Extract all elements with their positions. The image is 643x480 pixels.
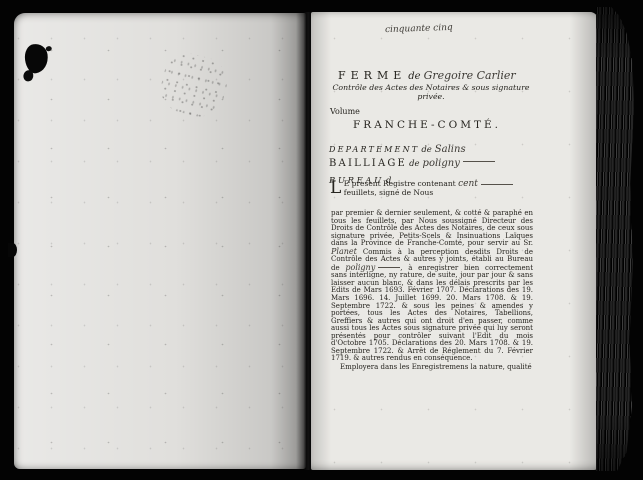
folio-count-handwritten: cent bbox=[458, 179, 478, 189]
paragraph-part3: , à enregistrer bien correctement sans i… bbox=[331, 264, 533, 363]
handwritten-flourish-rule bbox=[378, 267, 400, 268]
ink-blot bbox=[23, 43, 50, 75]
bailliage-de: de bbox=[409, 159, 419, 169]
register-intro-text-after: feuillets, signé de Nous bbox=[344, 188, 433, 197]
closing-line: Employera dans les Enregistremens la nat… bbox=[331, 364, 533, 372]
volume-label: Volume bbox=[330, 107, 360, 116]
left-page bbox=[14, 13, 306, 469]
handwritten-flourish-rule bbox=[481, 184, 513, 185]
province-title: FRANCHE-COMTÉ. bbox=[353, 119, 501, 131]
ferme-label: FERME bbox=[338, 69, 406, 82]
book-fore-edge bbox=[596, 7, 634, 471]
body-text-block: par premier & dernier seulement, & cotté… bbox=[331, 210, 533, 371]
right-page: cinquante cinq FERMEdeGregoire Carlier C… bbox=[311, 12, 598, 470]
ferme-title-line: FERMEdeGregoire Carlier bbox=[338, 64, 516, 83]
register-intro: LE present Registre contenant cent feuil… bbox=[330, 180, 542, 197]
main-paragraph: par premier & dernier seulement, & cotté… bbox=[331, 210, 533, 363]
farmer-name-handwritten: Gregoire Carlier bbox=[424, 69, 516, 82]
subtitle-line1: Contrôle des Actes des Notaires & sous s… bbox=[332, 83, 529, 92]
dropcap-L: L bbox=[330, 180, 341, 196]
bailliage-value-handwritten: poligny bbox=[423, 158, 460, 169]
subtitle-line2: privée. bbox=[417, 92, 444, 101]
handwritten-flourish-rule bbox=[463, 161, 495, 162]
ferme-de: de bbox=[408, 71, 420, 82]
paragraph-part1: par premier & dernier seulement, & cotté… bbox=[331, 209, 533, 247]
edge-ink-mark bbox=[8, 243, 17, 257]
subtitle: Contrôle des Actes des Notaires & sous s… bbox=[327, 83, 535, 101]
folio-number-handwritten: cinquante cinq bbox=[385, 23, 453, 35]
speckle-cluster bbox=[156, 48, 233, 122]
book-scan: cinquante cinq FERMEdeGregoire Carlier C… bbox=[0, 0, 643, 480]
